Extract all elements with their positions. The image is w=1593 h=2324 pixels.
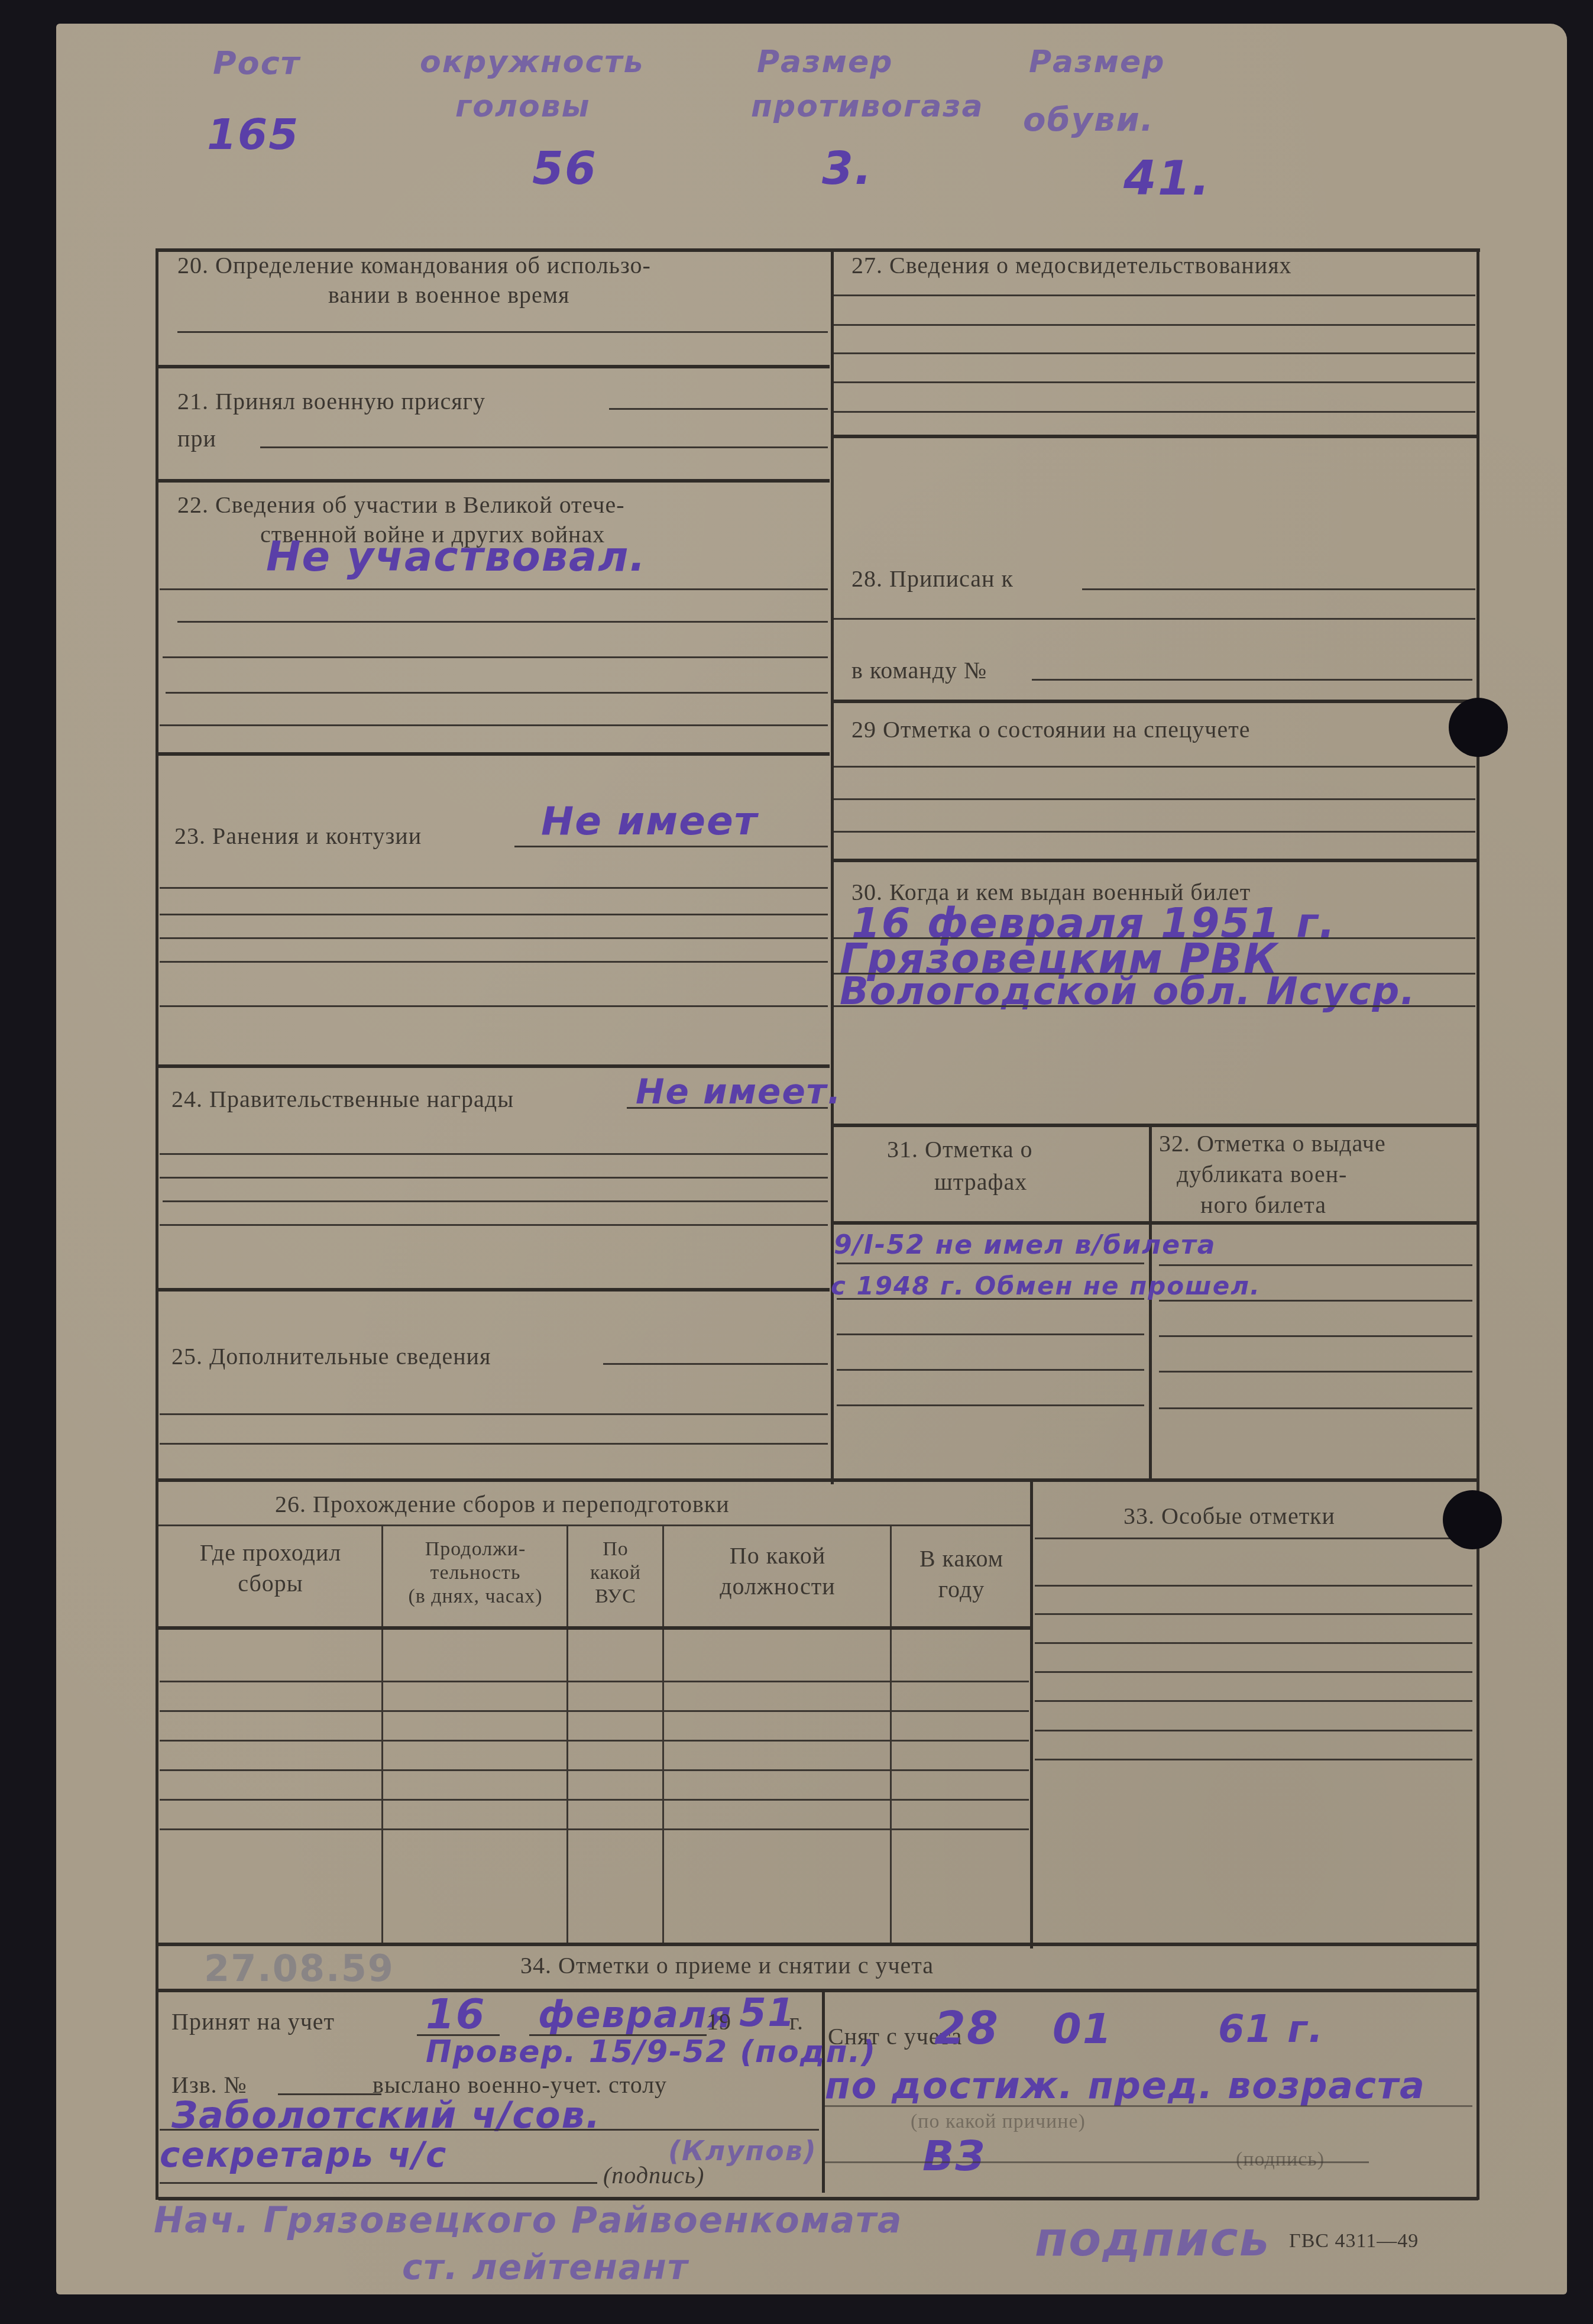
s33-label: 33. Особые отметки xyxy=(1123,1502,1335,1530)
s26-col-position-1: По какой xyxy=(665,1540,890,1571)
s26-col-vus-2: какой xyxy=(569,1561,662,1585)
table-row xyxy=(160,1710,1029,1712)
s21-at-label: при xyxy=(177,425,216,452)
rule xyxy=(177,621,828,623)
table-row xyxy=(160,1681,1029,1682)
rule xyxy=(834,294,1475,296)
punch-hole-icon xyxy=(1443,1490,1502,1549)
s31-s32-divider xyxy=(1149,1127,1152,1481)
s28-label: 28. Приписан к xyxy=(851,565,1014,593)
s25-label: 25. Дополнительные сведения xyxy=(171,1342,491,1370)
shoe-value: 41. xyxy=(1123,151,1211,206)
s23-label: 23. Ранения и контузии xyxy=(174,822,422,850)
rule xyxy=(837,1369,1144,1371)
s27-label: 27. Сведения о медосвидетельствованиях xyxy=(851,251,1292,279)
rule xyxy=(1035,1700,1472,1702)
s26-col-vus-3: ВУС xyxy=(569,1585,662,1608)
section-divider xyxy=(158,479,830,483)
s26-col-position-2: должности xyxy=(665,1571,890,1602)
s34-signature-label: (подпись) xyxy=(603,2161,704,2189)
rule xyxy=(1159,1300,1472,1302)
s34-basis-label: (по какой причине) xyxy=(911,2110,1086,2134)
rule xyxy=(1159,1335,1472,1337)
s34-verification: Провер. 15/9-52 (подп.) xyxy=(426,2034,876,2070)
section-divider xyxy=(833,435,1477,438)
s23-value: Не имеет xyxy=(541,798,758,844)
rule xyxy=(1035,1642,1472,1644)
rule xyxy=(163,1200,828,1202)
section-divider xyxy=(833,1221,1477,1225)
section-divider xyxy=(833,859,1477,862)
s21-label: 21. Принял военную присягу xyxy=(177,387,485,415)
s26-col-year-1: В каком xyxy=(893,1543,1030,1574)
s26-col-duration: Продолжи- тельность (в днях, часах) xyxy=(384,1538,566,1608)
rule xyxy=(160,914,828,915)
head-value: 56 xyxy=(532,142,597,195)
rule xyxy=(825,2105,1472,2107)
s26-col-duration-1: Продолжи- xyxy=(384,1538,566,1561)
rule xyxy=(160,1005,828,1007)
rule xyxy=(177,331,828,333)
s25-field[interactable] xyxy=(603,1363,828,1365)
rule xyxy=(166,692,828,694)
s32-label-1: 32. Отметка о выдаче xyxy=(1159,1129,1386,1157)
s34-removed-signature-label: (подпись) xyxy=(1236,2148,1325,2171)
height-value: 165 xyxy=(207,109,299,159)
footer-signature: подпись xyxy=(1035,2212,1270,2267)
rule xyxy=(627,1107,828,1109)
s28-team-field[interactable] xyxy=(1032,679,1472,681)
s22-label-1: 22. Сведения об участии в Великой отече- xyxy=(177,491,625,519)
s31-label-1: 31. Отметка о xyxy=(887,1135,1033,1163)
s34-removed-month: 01 xyxy=(1053,2005,1112,2053)
s26-col-where-2: сборы xyxy=(160,1568,381,1599)
rule xyxy=(834,411,1475,413)
rule xyxy=(834,618,1475,620)
s26-title: 26. Прохождение сборов и переподготовки xyxy=(275,1490,730,1518)
s28-team-label: в команду № xyxy=(851,656,987,684)
s21-oath-field[interactable] xyxy=(609,408,828,410)
col-divider xyxy=(890,1526,892,1946)
rule xyxy=(837,1333,1144,1335)
rule xyxy=(160,1177,828,1179)
rule xyxy=(834,798,1475,800)
s34-removed-mark: ВЗ xyxy=(922,2132,986,2180)
s26-col-where-1: Где проходил xyxy=(160,1538,381,1568)
gasmask-label-2: противогаза xyxy=(751,89,984,124)
s34-year-prefix: 19 xyxy=(707,2008,731,2035)
rule xyxy=(160,1413,828,1415)
rule xyxy=(837,1298,1144,1300)
table-row xyxy=(160,1769,1029,1771)
rule xyxy=(160,887,828,889)
rule xyxy=(160,937,828,939)
rule xyxy=(1035,1759,1472,1760)
s29-label: 29 Отметка о состоянии на спецучете xyxy=(851,716,1250,743)
stamp-date: 27.08.59 xyxy=(204,1947,394,1990)
s20-label-2: вании в военное время xyxy=(328,281,569,309)
s26-header-bottom xyxy=(158,1626,1031,1630)
rule xyxy=(834,324,1475,326)
s34-removed-reason: по достиж. пред. возраста xyxy=(825,2064,1426,2107)
rule xyxy=(837,1263,1144,1264)
s26-col-duration-3: (в днях, часах) xyxy=(384,1585,566,1608)
s21-at-field[interactable] xyxy=(260,446,828,448)
s34-accepted-label: Принят на учет xyxy=(171,2008,335,2035)
col-divider xyxy=(566,1526,568,1946)
rule xyxy=(160,588,828,590)
rule xyxy=(1035,1730,1472,1731)
s34-removed-year: 61 г. xyxy=(1218,2008,1324,2051)
section-divider xyxy=(833,700,1477,703)
s26-s33-divider xyxy=(1030,1481,1033,1948)
rule xyxy=(160,724,828,726)
rule xyxy=(163,656,828,658)
footer-line-1: Нач. Грязовецкого Райвоенкомата xyxy=(154,2200,902,2241)
s26-col-position: По какой должности xyxy=(665,1540,890,1602)
rule xyxy=(514,846,828,847)
s20-label-1: 20. Определение командования об использо… xyxy=(177,251,651,279)
shoe-label-2: обуви. xyxy=(1023,101,1154,139)
s26-col-year: В каком году xyxy=(893,1543,1030,1605)
s22-value: Не участвовал. xyxy=(266,532,646,581)
s26-col-vus: По какой ВУС xyxy=(569,1538,662,1608)
rule xyxy=(160,961,828,963)
s26-col-vus-1: По xyxy=(569,1538,662,1561)
s31-line-2: с 1948 г. Обмен не прошел. xyxy=(831,1271,1261,1300)
rule xyxy=(1159,1264,1472,1266)
s24-label: 24. Правительственные награды xyxy=(171,1085,514,1113)
rule xyxy=(837,1404,1144,1406)
s31-label-2: штрафах xyxy=(934,1168,1027,1196)
section-divider xyxy=(158,1943,1478,1946)
rule xyxy=(834,1005,1475,1007)
head-label-2: головы xyxy=(455,89,591,124)
head-label-1: окружность xyxy=(420,44,644,80)
shoe-label-1: Размер xyxy=(1029,44,1165,80)
s34-year-suffix: 51 xyxy=(739,1990,796,2035)
rule xyxy=(834,766,1475,768)
s31-line-1: 9/I-52 не имел в/билета xyxy=(834,1230,1216,1260)
rule xyxy=(1035,1538,1452,1539)
rule xyxy=(834,381,1475,383)
rule xyxy=(160,1443,828,1445)
s24-value: Не имеет. xyxy=(636,1072,841,1112)
s32-label-2: дубликата воен- xyxy=(1177,1160,1347,1188)
rule xyxy=(834,831,1475,833)
s34-accepted-day: 16 xyxy=(426,1990,485,2038)
section-divider xyxy=(158,1478,1478,1482)
col-divider xyxy=(381,1526,383,1946)
s34-signer: секретарь ч/с xyxy=(160,2135,447,2175)
s34-year-unit: г. xyxy=(789,2008,804,2035)
section-divider xyxy=(158,1288,830,1292)
rule xyxy=(160,1153,828,1155)
rule xyxy=(160,2129,819,2131)
rule xyxy=(1035,1585,1472,1587)
s34-removed-day: 28 xyxy=(934,2002,999,2054)
footer-line-2: ст. лейтенант xyxy=(402,2247,689,2287)
gasmask-label-1: Размер xyxy=(757,44,893,80)
section-divider xyxy=(158,1064,830,1068)
rule xyxy=(1035,1613,1472,1615)
section-divider xyxy=(158,365,830,368)
rule xyxy=(160,2182,597,2184)
form-code: ГВС 4311—49 xyxy=(1289,2229,1419,2253)
s26-col-duration-2: тельность xyxy=(384,1561,566,1585)
punch-hole-icon xyxy=(1449,698,1508,757)
s26-col-where: Где проходил сборы xyxy=(160,1538,381,1599)
table-row xyxy=(160,1740,1029,1742)
s28-assigned-field[interactable] xyxy=(1082,588,1475,590)
table-row xyxy=(160,1828,1029,1830)
rule xyxy=(1035,1671,1472,1673)
s34-title: 34. Отметки о приеме и снятии с учета xyxy=(520,1951,934,1979)
section-divider xyxy=(158,1989,1478,1992)
s34-accepted-month: февраля xyxy=(538,1993,732,2036)
s26-col-year-2: году xyxy=(893,1574,1030,1605)
height-label: Рост xyxy=(213,44,300,82)
rule xyxy=(158,1524,1031,1526)
s32-label-3: ного билета xyxy=(1200,1191,1326,1219)
rule xyxy=(834,352,1475,354)
rule xyxy=(160,1224,828,1226)
rule xyxy=(1159,1407,1472,1409)
section-divider xyxy=(158,752,830,756)
section-divider xyxy=(833,1124,1477,1127)
rule xyxy=(1159,1371,1472,1373)
form-left-border xyxy=(156,248,158,2200)
col-divider xyxy=(662,1526,664,1946)
gasmask-value: 3. xyxy=(822,142,873,195)
table-row xyxy=(160,1799,1029,1801)
